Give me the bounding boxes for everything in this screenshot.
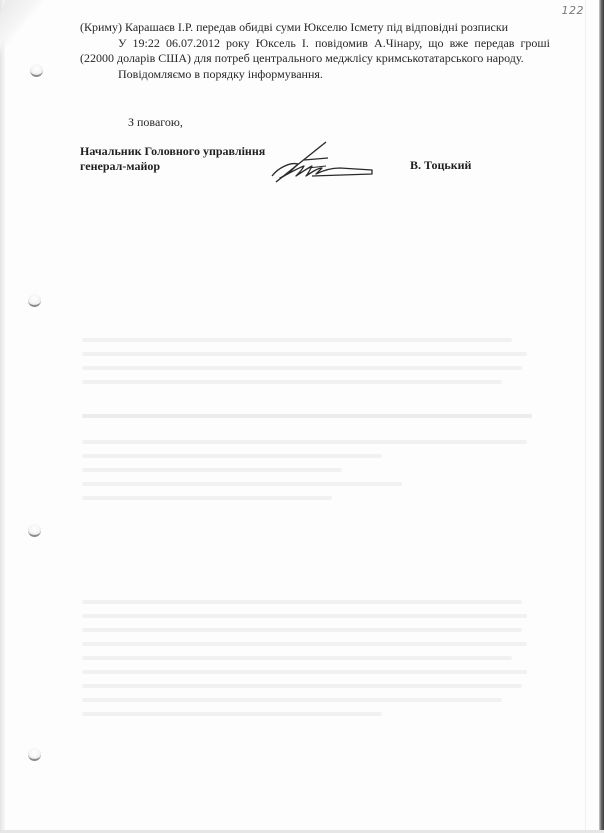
position-line-1: Начальник Головного управління [80, 144, 265, 159]
position-line-2: генерал-майор [80, 159, 265, 174]
body-line-1: (Криму) Карашаєв І.Р. передав обидві сум… [80, 20, 550, 36]
punch-hole [28, 294, 41, 307]
page-corner-curl [0, 0, 47, 66]
handwritten-page-number: 122 [562, 4, 585, 17]
punch-hole [30, 64, 43, 77]
scanned-page: 122 (Криму) Карашаєв І.Р. передав обидві… [0, 0, 604, 833]
body-paragraph-3: Повідомляємо в порядку інформування. [80, 67, 550, 83]
handwritten-signature [268, 138, 376, 186]
scan-right-edge [599, 0, 604, 833]
signer-name: В. Тоцький [410, 158, 471, 173]
punch-hole [28, 748, 41, 761]
scan-left-edge [0, 0, 5, 833]
closing-regards: З повагою, [128, 115, 183, 130]
scan-right-margin-line [585, 0, 586, 833]
letter-body: (Криму) Карашаєв І.Р. передав обидві сум… [80, 20, 550, 82]
punch-hole [28, 524, 41, 537]
signatory-position: Начальник Головного управління генерал-м… [80, 144, 265, 174]
body-paragraph-2: У 19:22 06.07.2012 року Юксель І. повідо… [80, 36, 550, 67]
